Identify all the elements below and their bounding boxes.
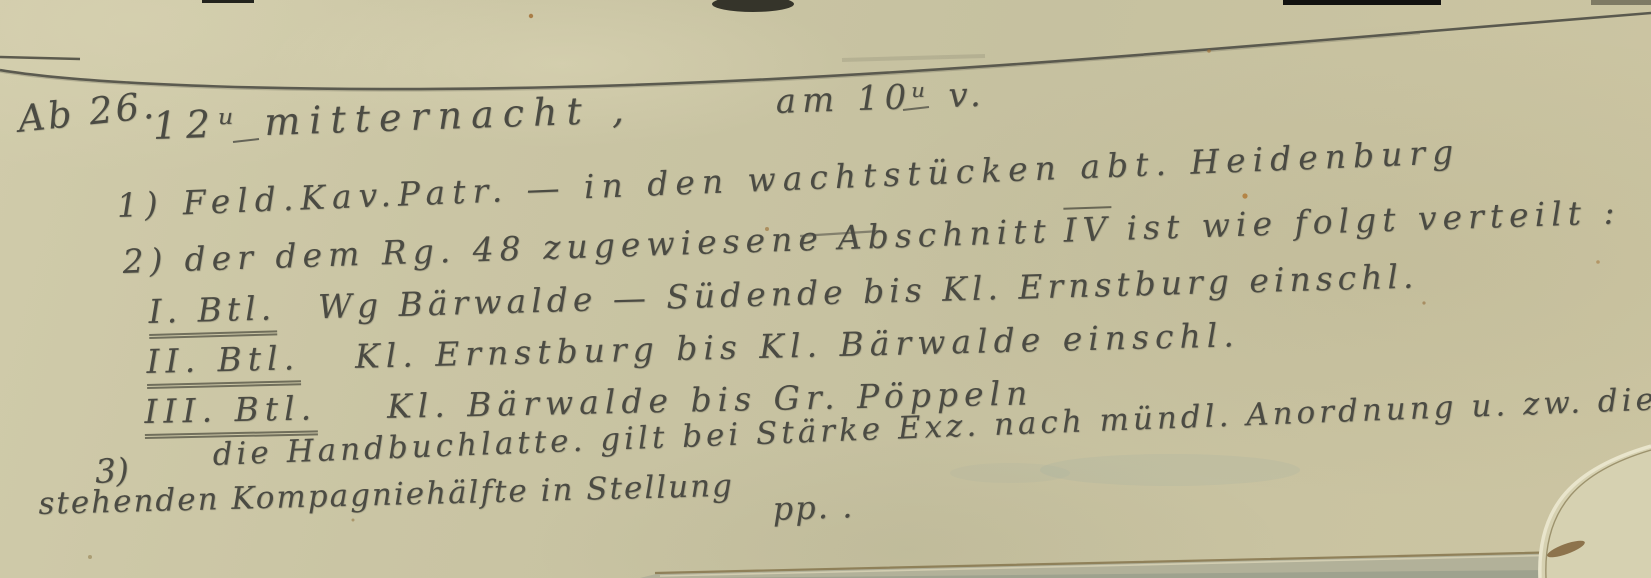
battalion-label-underlined: I. Btl. xyxy=(148,288,277,339)
paper-speck xyxy=(88,555,92,559)
brown-edge-mark xyxy=(1545,537,1586,560)
time-line: 12ᵘ mitternacht , xyxy=(152,87,634,148)
document-page: Ab 26. 12ᵘ mitternacht , am 10ᵘ v. 1)Fel… xyxy=(0,0,1651,578)
margin-note: Ab 26. xyxy=(16,83,159,140)
time-insertion-note: am 10ᵘ v. xyxy=(775,75,987,122)
paper-speck xyxy=(1422,301,1425,304)
top-divider-curve xyxy=(0,13,1651,89)
paper-speck xyxy=(1596,260,1600,264)
top-edge-mark xyxy=(202,0,254,3)
paper-speck xyxy=(1207,49,1211,53)
top-edge-mark xyxy=(1283,0,1441,5)
entry-line-3-continuation: stehenden Kompagniehälfte in Stellung xyxy=(38,468,734,522)
paper-speck xyxy=(1242,193,1247,198)
battalion-label-underlined: III. Btl. xyxy=(144,388,318,439)
top-edge-mark xyxy=(1591,0,1651,5)
top-edge-mark xyxy=(712,0,794,12)
paper-tint xyxy=(1040,454,1300,486)
paper-speck xyxy=(529,14,533,18)
battalion-label-underlined: II. Btl. xyxy=(146,338,301,389)
under-sheet-bottom xyxy=(640,551,1651,578)
entry-marker: 2) xyxy=(122,240,169,280)
top-divider-curve-echo xyxy=(0,34,1420,91)
page-edge-bottom-highlight xyxy=(660,553,1651,576)
roman-numeral-overlined: IV xyxy=(1063,206,1113,250)
paper-tint xyxy=(950,463,1070,483)
bottom-gray-strip xyxy=(700,569,1651,578)
trailing-abbreviation: pp. . xyxy=(772,487,855,528)
right-under-sheet xyxy=(1540,446,1651,578)
abschnitt-word: Abschnitt xyxy=(837,211,1052,257)
left-edge-dash xyxy=(0,57,80,59)
paper-speck xyxy=(352,519,355,522)
entry-marker: 1) xyxy=(116,184,165,225)
graphite-smudge xyxy=(842,56,985,60)
page-edge-right-shadow xyxy=(1546,450,1651,578)
entry-text: der dem Rg. 48 zugewiesene xyxy=(184,219,825,279)
page-edge-bottom xyxy=(655,550,1651,573)
entry-text: ist wie folgt verteilt : xyxy=(1126,192,1621,247)
page-edge-right-bright xyxy=(1540,446,1651,578)
